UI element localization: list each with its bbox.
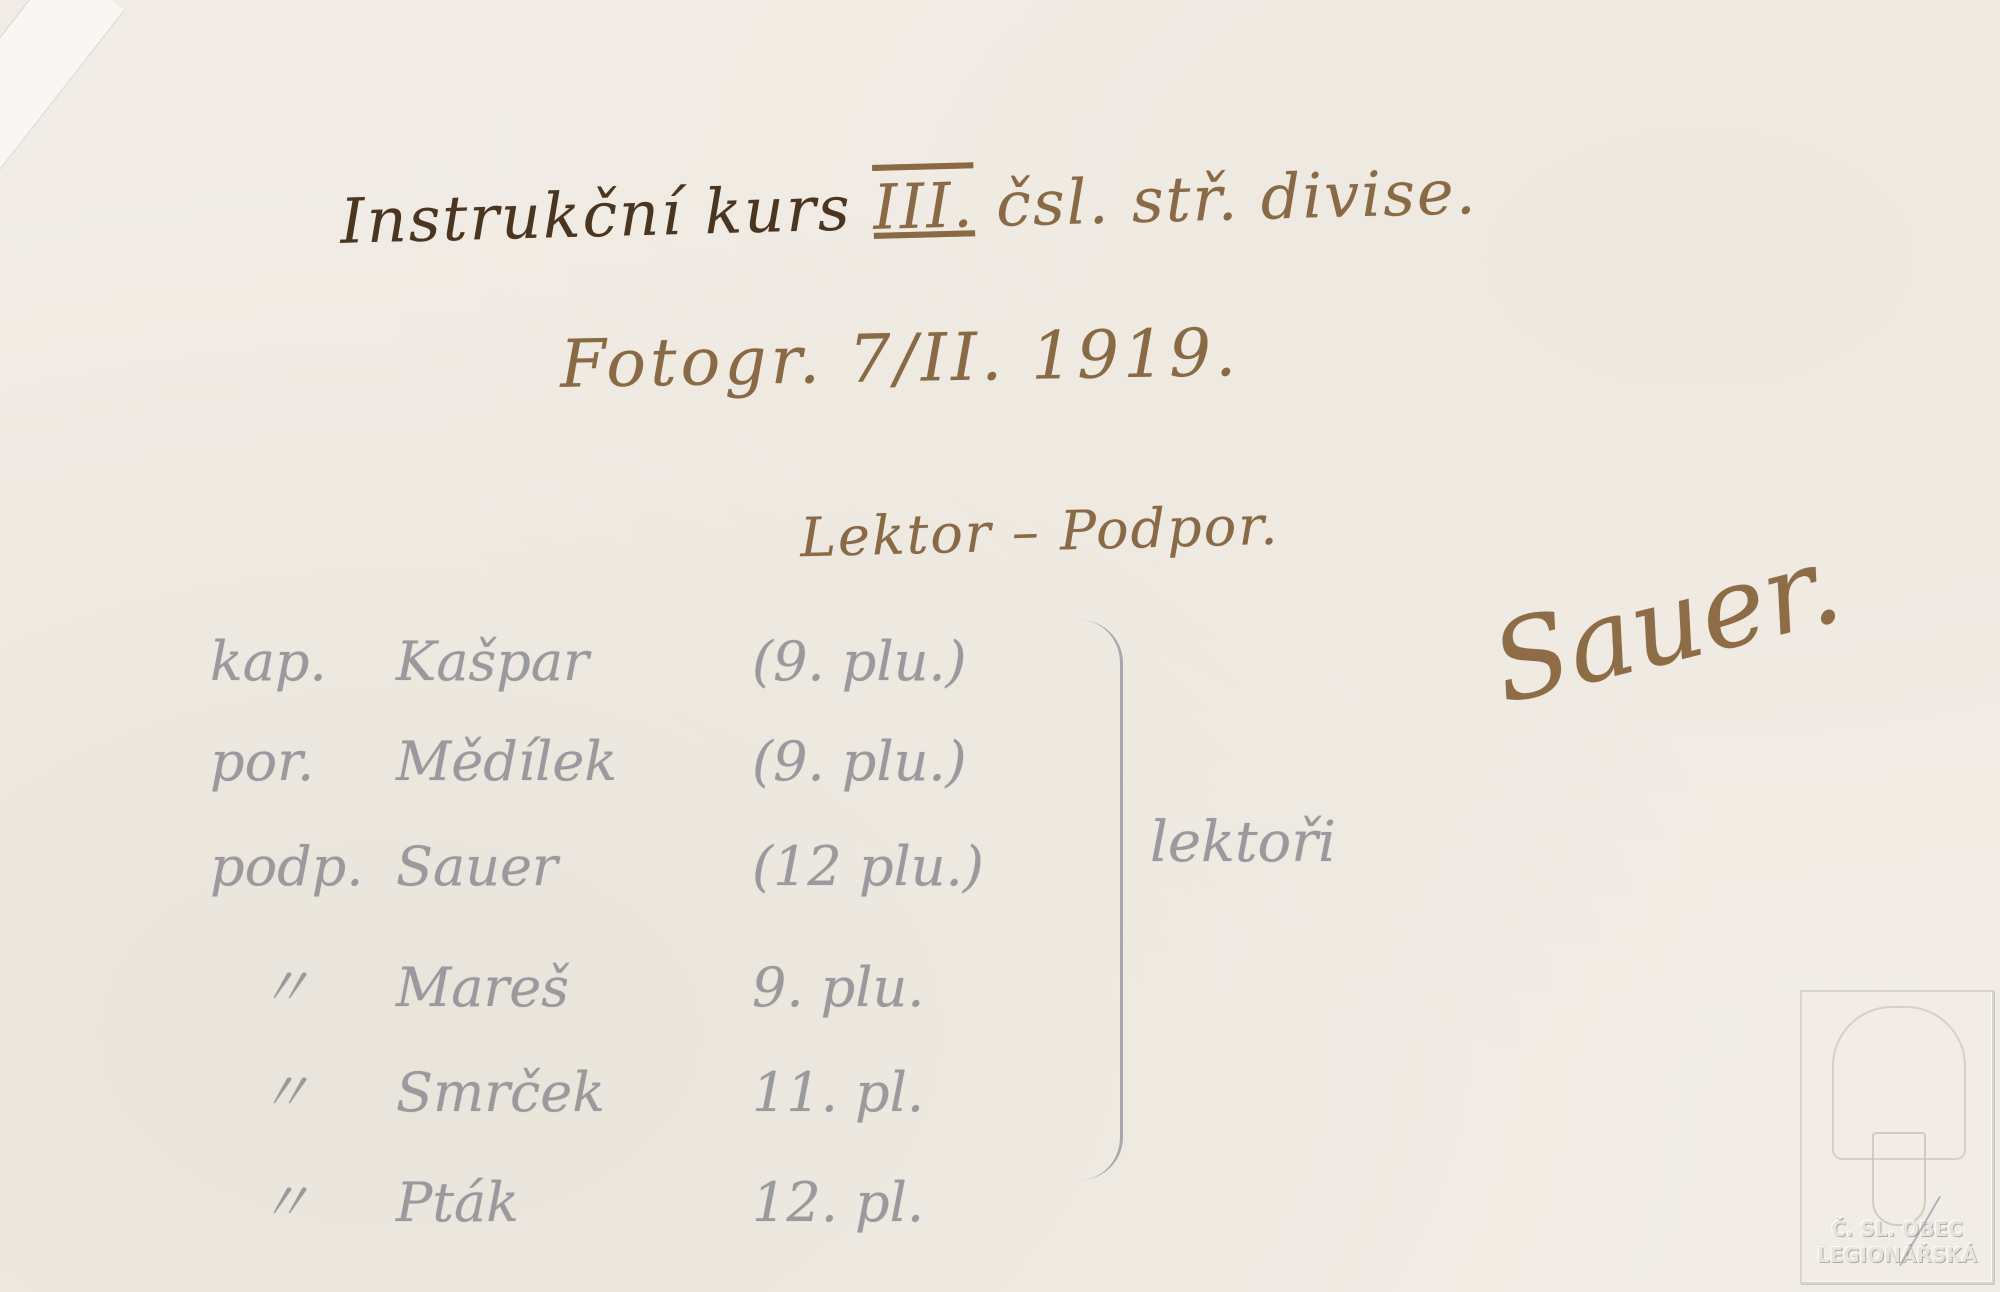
lecturer-label: Lektor – Podpor. bbox=[799, 494, 1280, 570]
name: Pták bbox=[396, 1171, 716, 1234]
list-item: por. Mědílek (9. plu.) bbox=[210, 730, 967, 793]
list-item: 〃 Pták 12. pl. bbox=[210, 1160, 924, 1237]
unit: 12. pl. bbox=[752, 1171, 924, 1234]
unit: 9. plu. bbox=[752, 956, 924, 1019]
signature: Sauer. bbox=[1480, 519, 1853, 728]
rank: 〃 bbox=[210, 945, 360, 1022]
rank: por. bbox=[210, 730, 360, 793]
unit: (9. plu.) bbox=[752, 730, 967, 793]
name: Sauer bbox=[396, 835, 716, 898]
name: Kašpar bbox=[396, 630, 716, 693]
paper-mount-band bbox=[0, 0, 125, 341]
coat-of-arms-icon bbox=[1872, 1132, 1926, 1226]
lecturer-line: Lektor – Podpor. bbox=[799, 494, 1280, 570]
bracket-label: lektoři bbox=[1150, 810, 1336, 875]
heading-line: Instrukční kurs III. čsl. stř. divise. bbox=[339, 155, 1478, 258]
stamp-text: Č. SL. OBEC LEGIONÁŘSKÁ bbox=[1810, 1216, 1984, 1268]
heading-suffix: čsl. stř. divise. bbox=[995, 155, 1478, 241]
rank: podp. bbox=[210, 835, 360, 898]
rank: 〃 bbox=[210, 1160, 360, 1237]
stamp-line2: LEGIONÁŘSKÁ bbox=[1810, 1242, 1984, 1268]
unit: (12 plu.) bbox=[752, 835, 984, 898]
rank: kap. bbox=[210, 630, 360, 693]
name: Mědílek bbox=[396, 730, 716, 793]
stamp-line1: Č. SL. OBEC bbox=[1810, 1216, 1984, 1242]
list-item: kap. Kašpar (9. plu.) bbox=[210, 630, 967, 693]
unit: 11. pl. bbox=[752, 1061, 924, 1124]
division-numeral: III. bbox=[872, 168, 975, 244]
rank: 〃 bbox=[210, 1050, 360, 1127]
list-item: 〃 Smrček 11. pl. bbox=[210, 1050, 924, 1127]
heading-prefix: Instrukční kurs bbox=[339, 172, 852, 258]
list-item: 〃 Mareš 9. plu. bbox=[210, 945, 924, 1022]
name: Mareš bbox=[396, 956, 716, 1019]
unit: (9. plu.) bbox=[752, 630, 967, 693]
name: Smrček bbox=[396, 1061, 716, 1124]
curly-bracket bbox=[1080, 620, 1123, 1180]
list-item: podp. Sauer (12 plu.) bbox=[210, 835, 984, 898]
photo-date-line: Fotogr. 7/II. 1919. bbox=[559, 314, 1240, 403]
document-sheet: Instrukční kurs III. čsl. stř. divise. F… bbox=[0, 0, 2000, 1292]
embossed-stamp: Č. SL. OBEC LEGIONÁŘSKÁ bbox=[1800, 990, 1994, 1284]
